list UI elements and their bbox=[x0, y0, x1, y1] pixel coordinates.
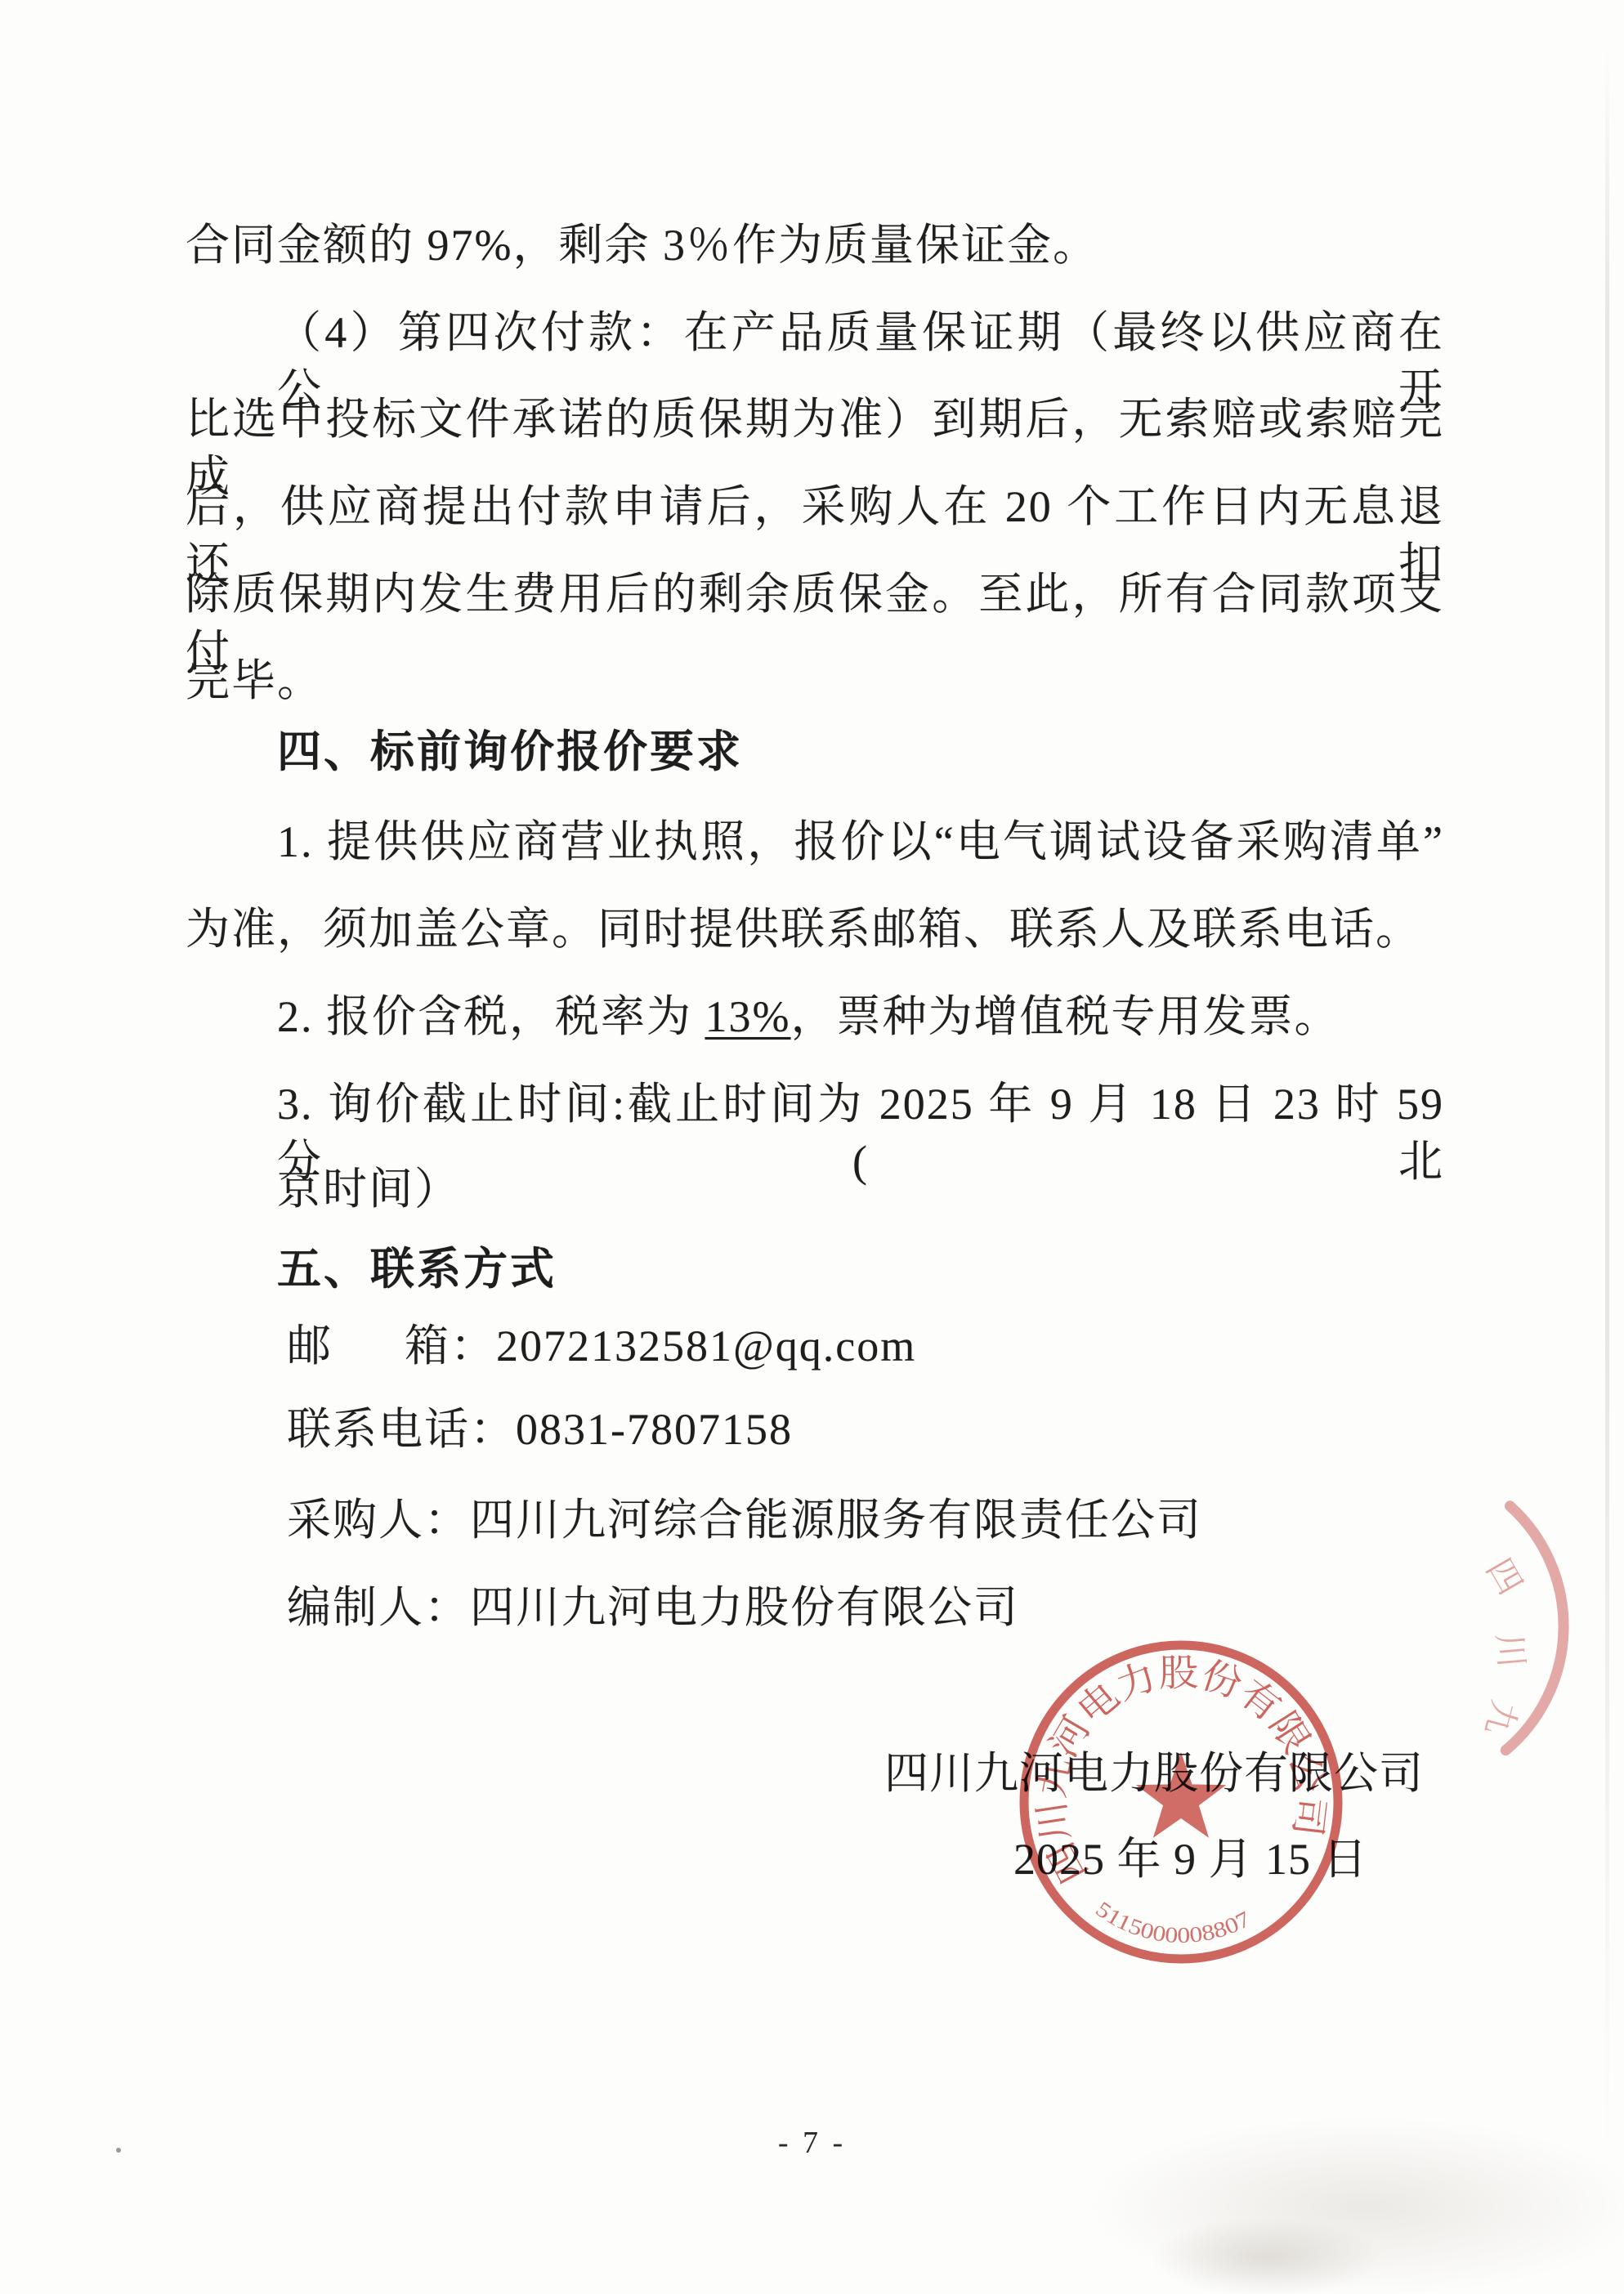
purchaser-line: 采购人：四川九河综合能源服务有限责任公司 bbox=[186, 1491, 1444, 1549]
scan-smudge-dark bbox=[1152, 2219, 1381, 2294]
intro-line: 合同金额的 97%，剩余 3％作为质量保证金。 bbox=[186, 217, 1444, 274]
scanned-document-page: 合同金额的 97%，剩余 3％作为质量保证金。 （4）第四次付款：在产品质量保证… bbox=[0, 0, 1624, 2294]
section4-item1-line-1: 1. 提供供应商营业执照，报价以“电气调试设备采购清单” bbox=[186, 813, 1444, 870]
section5-heading: 五、联系方式 bbox=[186, 1241, 1444, 1298]
tax-line-prefix: 2. 报价含税，税率为 bbox=[277, 992, 705, 1041]
purchaser-value: 四川九河综合能源服务有限责任公司 bbox=[470, 1496, 1202, 1545]
section4-heading: 四、标前询价报价要求 bbox=[186, 723, 1444, 780]
email-label-2: 箱： bbox=[405, 1321, 496, 1371]
partial-stamp-char-3: 九 bbox=[1477, 1696, 1522, 1738]
phone-line: 联系电话：0831-7807158 bbox=[186, 1401, 1444, 1458]
signature-company-line: 四川九河电力股份有限公司 bbox=[884, 1747, 1424, 1800]
stray-ink-dot bbox=[116, 2148, 121, 2153]
seal-ring bbox=[1024, 1645, 1338, 1959]
email-line: 邮箱：2072132581@qq.com bbox=[186, 1317, 1444, 1375]
phone-value: 0831-7807158 bbox=[516, 1405, 793, 1454]
partial-stamp-char-1: 四 bbox=[1479, 1553, 1528, 1601]
scan-edge-line bbox=[1605, 0, 1609, 2294]
seal-registration-number: 5115000008807 bbox=[1091, 1897, 1254, 1947]
section4-item2-line: 2. 报价含税，税率为 13%，票种为增值税专用发票。 bbox=[186, 988, 1444, 1045]
signature-date-line: 2025 年 9 月 15 日 bbox=[1013, 1833, 1368, 1885]
email-label: 邮 bbox=[287, 1321, 333, 1371]
partial-stamp-char-2: 川 bbox=[1489, 1632, 1529, 1670]
compiler-line: 编制人：四川九河电力股份有限公司 bbox=[186, 1579, 1444, 1636]
purchaser-label: 采购人： bbox=[287, 1496, 470, 1545]
section4-item3-line-2: 京时间） bbox=[186, 1160, 1444, 1218]
compiler-value: 四川九河电力股份有限公司 bbox=[470, 1583, 1019, 1632]
section4-item1-line-2: 为准，须加盖公章。同时提供联系邮箱、联系人及联系电话。 bbox=[186, 901, 1444, 958]
partial-stamp-arc bbox=[1505, 1506, 1564, 1751]
clause4-line-5: 完毕。 bbox=[186, 652, 1444, 709]
tax-line-suffix: ，票种为增值税专用发票。 bbox=[790, 992, 1340, 1041]
compiler-label: 编制人： bbox=[287, 1583, 470, 1632]
tax-rate-underlined: 13% bbox=[705, 992, 791, 1041]
phone-label: 联系电话： bbox=[287, 1405, 516, 1454]
email-value: 2072132581@qq.com bbox=[496, 1321, 916, 1371]
